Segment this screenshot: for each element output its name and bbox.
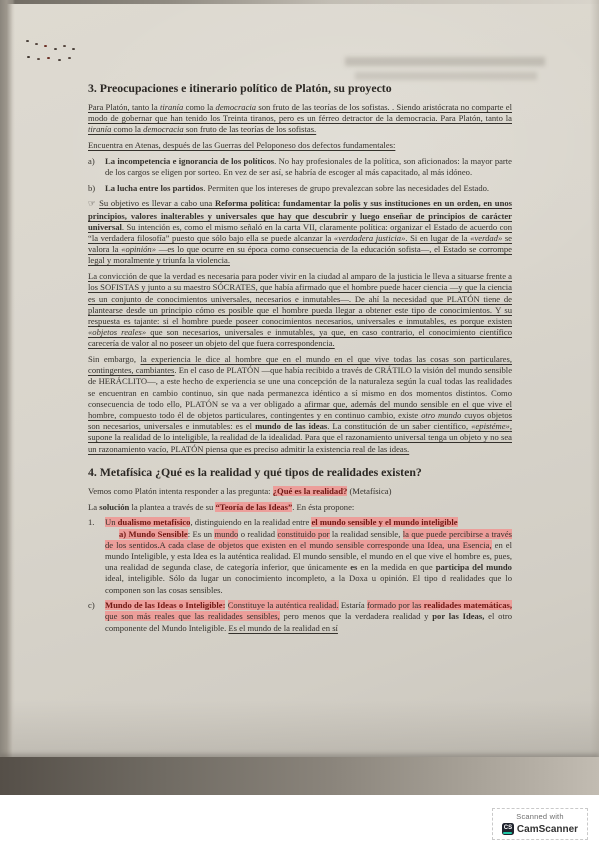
list-item-c-text: Mundo de las Ideas o Inteligible: Consti… bbox=[105, 600, 512, 634]
photo-bottom-edge bbox=[0, 757, 599, 795]
paragraph-solucion-teoria-ideas: La solución la plantea a través de su “T… bbox=[88, 502, 512, 513]
section-4-heading: 4. Metafísica ¿Qué es la realidad y qué … bbox=[88, 466, 512, 479]
camscanner-icon-letters: CS bbox=[504, 825, 512, 831]
paragraph-sin-embargo: Sin embargo, la experiencia le dice al h… bbox=[88, 354, 512, 455]
list-item-1-line1: Un dualismo metafísico, distinguiendo en… bbox=[105, 517, 512, 528]
list-item-c-mundo-ideas: c) Mundo de las Ideas o Inteligible: Con… bbox=[88, 600, 512, 634]
paragraph-vemos-platon: Vemos como Platón intenta responder a la… bbox=[88, 486, 512, 497]
document-text: 3. Preocupaciones e itinerario político … bbox=[88, 82, 512, 638]
list-item-1-label: 1. bbox=[88, 517, 105, 595]
list-item-a-text: La incompetencia e ignorancia de los pol… bbox=[105, 156, 512, 178]
photo-top-edge bbox=[0, 0, 599, 4]
scanned-page-photo: 3. Preocupaciones e itinerario político … bbox=[0, 0, 599, 795]
list-item-1-body: a) Mundo Sensible: Es un mundo o realida… bbox=[105, 529, 512, 596]
paragraph-reforma-politica: ☞ Su objetivo es llevar a cabo una Refor… bbox=[88, 198, 512, 266]
list-item-c-label: c) bbox=[88, 600, 105, 634]
list-item-1-content: Un dualismo metafísico, distinguiendo en… bbox=[105, 517, 512, 595]
list-item-a: a) La incompetencia e ignorancia de los … bbox=[88, 156, 512, 178]
paragraph-conviccion-verdad: La convicción de que la verdad es necesa… bbox=[88, 271, 512, 349]
photo-left-edge bbox=[0, 0, 15, 795]
section-3-heading: 3. Preocupaciones e itinerario político … bbox=[88, 82, 512, 95]
camscanner-badge-brand-row: CS CamScanner bbox=[497, 823, 583, 835]
list-item-b-label: b) bbox=[88, 183, 105, 194]
list-item-b-text: La lucha entre los partidos. Permiten qu… bbox=[105, 183, 512, 194]
paragraph-tirania-democracia: Para Platón, tanto la tiranía como la de… bbox=[88, 102, 512, 136]
ink-marks bbox=[26, 40, 29, 42]
camscanner-badge-caption: Scanned with bbox=[497, 812, 583, 821]
list-item-1-dualismo: 1. Un dualismo metafísico, distinguiendo… bbox=[88, 517, 512, 595]
photo-right-edge bbox=[590, 0, 599, 795]
camscanner-icon: CS bbox=[502, 823, 514, 835]
camscanner-brand-text: CamScanner bbox=[517, 824, 578, 835]
camscanner-badge: Scanned with CS CamScanner bbox=[492, 808, 588, 840]
paragraph-encuentra-atenas: Encuentra en Atenas, después de las Guer… bbox=[88, 140, 512, 151]
list-item-b: b) La lucha entre los partidos. Permiten… bbox=[88, 183, 512, 194]
list-item-a-label: a) bbox=[88, 156, 105, 178]
